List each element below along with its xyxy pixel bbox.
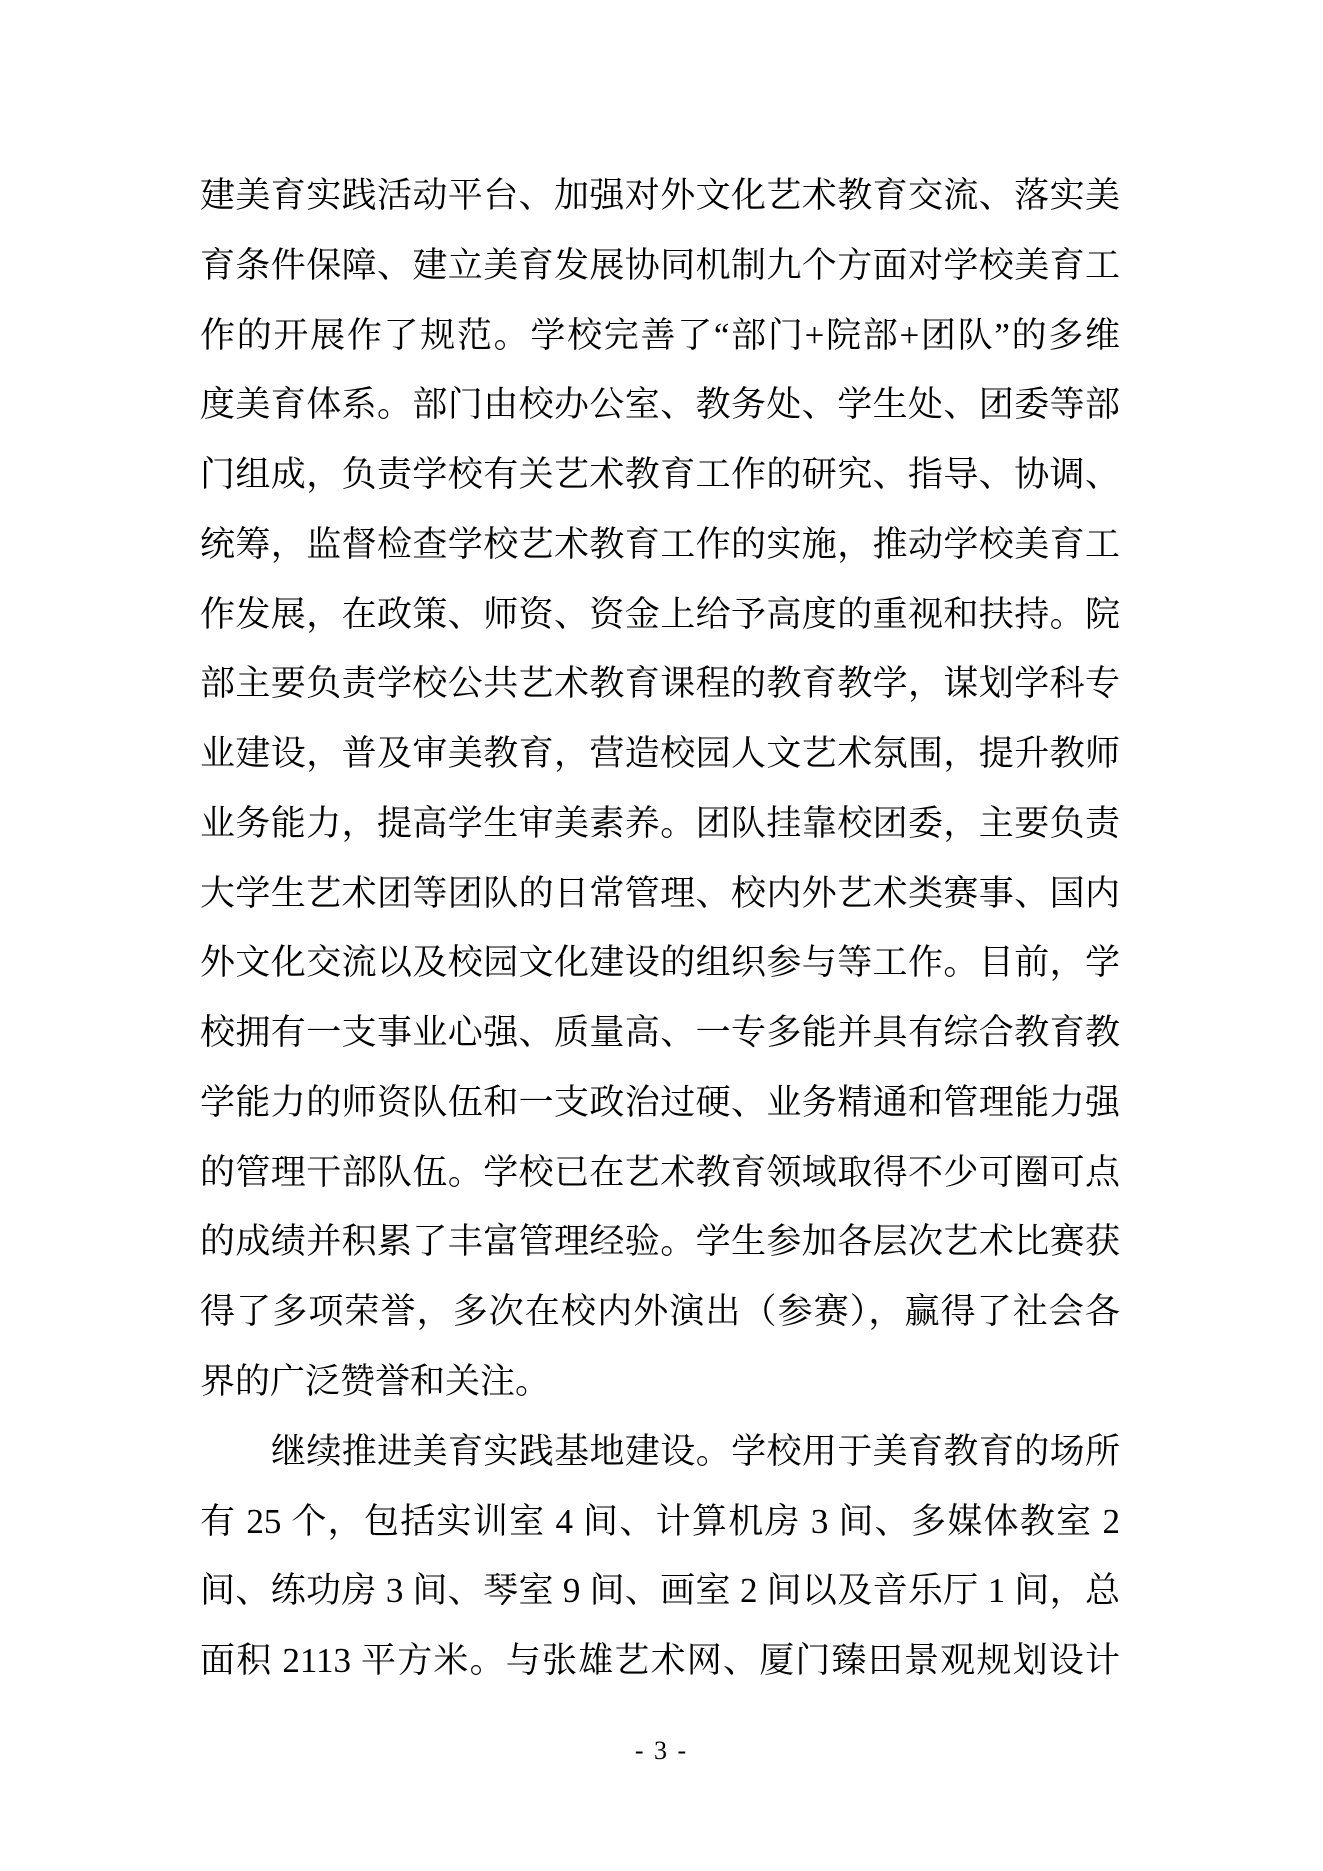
text-line-19: 继续推进美育实践基地建设。学校用于美育教育的场所 [200,1417,1120,1487]
text-line-9: 业建设，普及审美教育，营造校园人文艺术氛围，提升教师 [200,719,1120,789]
text-line-6: 统筹，监督检查学校艺术教育工作的实施，推动学校美育工 [200,510,1120,580]
text-line-5: 门组成，负责学校有关艺术教育工作的研究、指导、协调、 [200,440,1120,510]
text-line-16: 的成绩并积累了丰富管理经验。学生参加各层次艺术比赛获 [200,1207,1120,1277]
text-line-3: 作的开展作了规范。学校完善了“部门+院部+团队”的多维 [200,301,1120,371]
text-line-21: 间、练功房 3 间、琴室 9 间、画室 2 间以及音乐厅 1 间，总 [200,1556,1120,1626]
document-page: { "page": { "background_color": "#ffffff… [0,0,1323,1871]
text-line-8: 部主要负责学校公共艺术教育课程的教育教学，谋划学科专 [200,649,1120,719]
text-line-14: 学能力的师资队伍和一支政治过硬、业务精通和管理能力强 [200,1068,1120,1138]
text-line-2: 育条件保障、建立美育发展协同机制九个方面对学校美育工 [200,231,1120,301]
text-line-22: 面积 2113 平方米。与张雄艺术网、厦门臻田景观规划设计 [200,1626,1120,1696]
text-line-12: 外文化交流以及校园文化建设的组织参与等工作。目前，学 [200,928,1120,998]
text-line-1: 建美育实践活动平台、加强对外文化艺术教育交流、落实美 [200,161,1120,231]
text-line-18: 界的广泛赞誉和关注。 [200,1347,1120,1417]
text-line-17: 得了多项荣誉，多次在校内外演出（参赛），赢得了社会各 [200,1277,1120,1347]
text-line-20: 有 25 个，包括实训室 4 间、计算机房 3 间、多媒体教室 2 [200,1487,1120,1557]
page-number: - 3 - [0,1736,1323,1766]
text-line-15: 的管理干部队伍。学校已在艺术教育领域取得不少可圈可点 [200,1138,1120,1208]
text-line-7: 作发展，在政策、师资、资金上给予高度的重视和扶持。院 [200,580,1120,650]
text-line-4: 度美育体系。部门由校办公室、教务处、学生处、团委等部 [200,370,1120,440]
text-line-11: 大学生艺术团等团队的日常管理、校内外艺术类赛事、国内 [200,859,1120,929]
text-line-10: 业务能力，提高学生审美素养。团队挂靠校团委，主要负责 [200,789,1120,859]
document-body: 建美育实践活动平台、加强对外文化艺术教育交流、落实美 育条件保障、建立美育发展协… [200,161,1120,1696]
text-line-13: 校拥有一支事业心强、质量高、一专多能并具有综合教育教 [200,998,1120,1068]
